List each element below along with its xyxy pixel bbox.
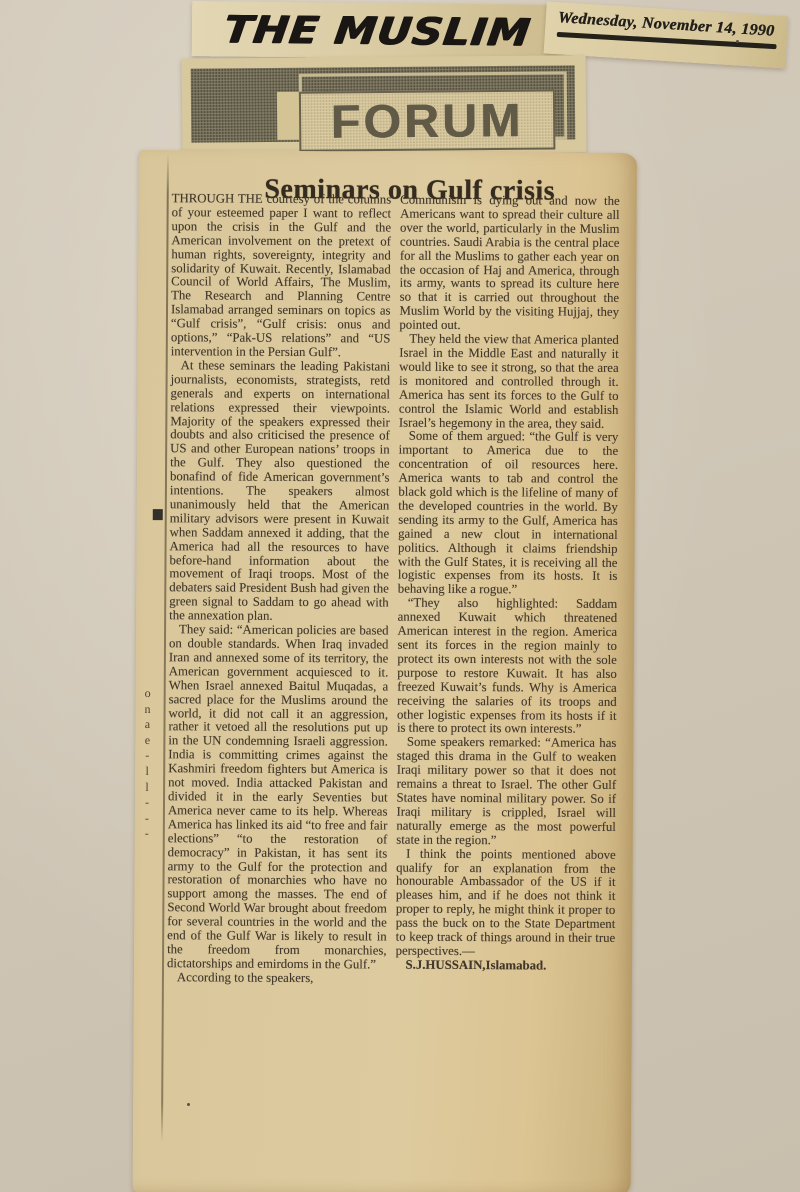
margin-fragment: n [140,702,156,718]
article-column-right: Communism is dying out and now the Ameri… [395,194,619,988]
margin-text-fragments: o n a e - l l - - - [139,686,156,842]
article-clipping: o n a e - l l - - - Seminars on Gulf cri… [133,150,637,1192]
margin-fragment: e [139,733,155,749]
paragraph: “They also highlighted: Saddam annexed K… [397,597,617,737]
margin-fragment: o [140,686,156,702]
article-column-left: THROUGH THE courtesy of the columns of y… [167,192,391,986]
margin-fragment: - [139,795,155,811]
forum-banner-clipping: FORUM [182,55,587,156]
column-rule [161,154,169,1142]
paragraph: Some speakers remarked: “America has sta… [396,736,616,849]
margin-fragment: - [139,748,155,764]
forum-banner-corner-shape [277,92,299,140]
margin-fragment: l [139,764,155,780]
section-banner-label: FORUM [330,92,523,149]
masthead-clipping: THE MUSLIM [192,1,563,60]
paper-speck [187,1103,190,1106]
paragraph: They said: “American policies are based … [167,623,389,972]
ink-mark [153,509,163,520]
paragraph: At these seminars the leading Pakistani … [169,359,390,625]
article-body: THROUGH THE courtesy of the columns of y… [167,192,620,987]
paragraph: I think the points mentioned above quali… [396,847,616,960]
author-signature: S.J.HUSSAIN,Islamabad. [395,958,615,973]
newspaper-title: THE MUSLIM [221,7,533,54]
margin-fragment: a [139,717,155,733]
paragraph: Some of them argued: “the Gulf is very i… [398,430,619,598]
margin-fragment: - [139,811,155,827]
margin-fragment: l [139,780,155,796]
paper-speck [736,40,739,43]
forum-banner-halftone-box: FORUM [191,65,576,142]
paragraph: Communism is dying out and now the Ameri… [399,194,619,334]
forum-banner-label-box: FORUM [299,90,556,152]
paragraph: THROUGH THE courtesy of the columns of y… [171,192,392,360]
paragraph: According to the speakers, [167,971,387,986]
paragraph: They held the view that America planted … [399,333,619,432]
margin-fragment: - [139,826,155,842]
scanned-newspaper-page: { "masthead": { "title": "THE MUSLIM" },… [0,0,800,1192]
